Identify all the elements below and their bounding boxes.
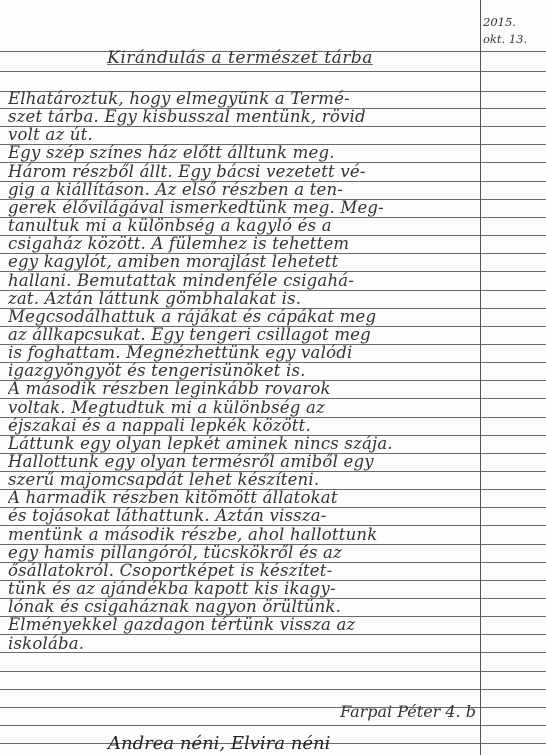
essay-line: iskolába. bbox=[8, 635, 478, 653]
date-day: okt. 13. bbox=[483, 31, 543, 48]
essay-line: tünk és az ajándékba kapott kis ikagy- bbox=[8, 580, 478, 598]
essay-line: Hallottunk egy olyan termésről amiből eg… bbox=[8, 453, 478, 471]
essay-line: hallani. Bemutattak mindenféle csigahá- bbox=[8, 272, 478, 290]
author-signature: Farpai Péter 4. b bbox=[340, 702, 476, 721]
essay-line: Egy szép színes ház előtt álltunk meg. bbox=[8, 144, 478, 162]
notebook-page: 2015. okt. 13. Kirándulás a természet tá… bbox=[0, 0, 546, 755]
ruled-line bbox=[0, 671, 546, 672]
date: 2015. okt. 13. bbox=[483, 14, 543, 48]
date-year: 2015. bbox=[483, 14, 543, 31]
essay-line: zat. Aztán láttunk gömbhalakat is. bbox=[8, 290, 478, 308]
essay-line: és tojásokat láthattunk. Aztán vissza- bbox=[8, 507, 478, 525]
essay-line: igazgyöngyöt és tengerisünöket is. bbox=[8, 362, 478, 380]
essay-line: lónak és csigaháznak nagyon örültünk. bbox=[8, 598, 478, 616]
essay-line: mentünk a második részbe, ahol hallottun… bbox=[8, 526, 478, 544]
essay-line: voltak. Megtudtuk mi a különbség az bbox=[8, 399, 478, 417]
essay-line: ősállatokról. Csoportképet is készítet- bbox=[8, 562, 478, 580]
essay-line: A második részben leginkább rovarok bbox=[8, 380, 478, 398]
essay-line: Elhatároztuk, hogy elmegyünk a Termé- bbox=[8, 90, 478, 108]
essay-line: egy hamis pillangóról, tücskökről és az bbox=[8, 544, 478, 562]
essay-line: gig a kiállításon. Az első részben a ten… bbox=[8, 181, 478, 199]
margin-line bbox=[480, 0, 481, 755]
essay-line: volt az út. bbox=[8, 126, 478, 144]
essay-line: szet tárba. Egy kisbusszal mentünk, rövi… bbox=[8, 108, 478, 126]
teacher-names: Andrea néni, Elvira néni bbox=[108, 733, 330, 754]
ruled-line bbox=[0, 689, 546, 690]
essay-line: csigaház között. A fülemhez is tehettem bbox=[8, 235, 478, 253]
essay-line: A harmadik részben kitömött állatokat bbox=[8, 489, 478, 507]
essay-line: Megcsodálhattuk a rájákat és cápákat meg bbox=[8, 308, 478, 326]
essay-line: is foghattam. Megnézhettünk egy valódi bbox=[8, 344, 478, 362]
essay-line: éjszakai és a nappali lepkék között. bbox=[8, 417, 478, 435]
essay-line: gerek élővilágával ismerkedtünk meg. Meg… bbox=[8, 199, 478, 217]
essay-line: Élményekkel gazdagon tértünk vissza az bbox=[8, 616, 478, 634]
essay-line: az állkapcsukat. Egy tengeri csillagot m… bbox=[8, 326, 478, 344]
ruled-line bbox=[0, 725, 546, 726]
essay-line: szerű majomcsapdát lehet készíteni. bbox=[8, 471, 478, 489]
essay-line: Láttunk egy olyan lepkét aminek nincs sz… bbox=[8, 435, 478, 453]
ruled-line bbox=[0, 71, 546, 72]
essay-line: Három részből állt. Egy bácsi vezetett v… bbox=[8, 163, 478, 181]
essay-line: tanultuk mi a különbség a kagyló és a bbox=[8, 217, 478, 235]
essay-line: egy kagylót, amiben morajlást lehetett bbox=[8, 253, 478, 271]
essay-title: Kirándulás a természet tárba bbox=[0, 48, 480, 68]
